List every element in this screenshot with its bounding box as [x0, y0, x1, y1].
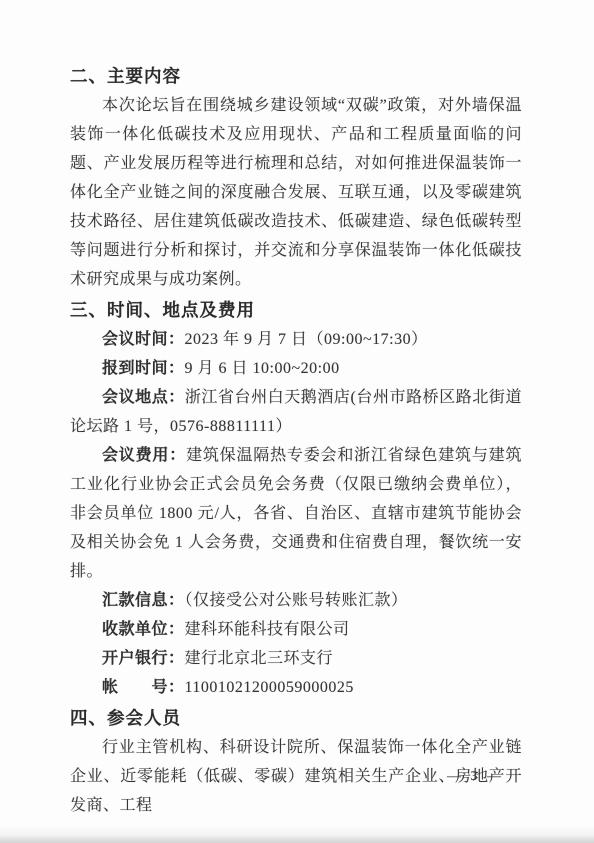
- remittance-info-value: （仅接受公对公账号转账汇款）: [185, 592, 408, 609]
- bank-value: 建行北京北三环支行: [185, 650, 334, 667]
- document-content: 二、主要内容 本次论坛旨在围绕城乡建设领域“双碳”政策，对外墙保温装饰一体化低碳…: [0, 0, 594, 820]
- remittance-info-label: 汇款信息：: [102, 592, 185, 609]
- payee-row: 收款单位：建科环能科技有限公司: [70, 615, 522, 644]
- heading-main-content: 二、主要内容: [70, 62, 522, 91]
- fee-value: 建筑保温隔热专委会和浙江省绿色建筑与建筑工业化行业协会正式会员免会务费（仅限已缴…: [70, 447, 522, 580]
- checkin-time-value: 9 月 6 日 10:00~20:00: [185, 360, 340, 377]
- fee-row: 会议费用：建筑保温隔热专委会和浙江省绿色建筑与建筑工业化行业协会正式会员免会务费…: [70, 441, 522, 586]
- heading-participants: 四、参会人员: [70, 704, 522, 733]
- venue-label: 会议地点：: [102, 389, 185, 406]
- payee-label: 收款单位：: [102, 621, 185, 638]
- page-number: — 3 —: [447, 769, 504, 785]
- venue-row: 会议地点：浙江省台州白天鹅酒店(台州市路桥区路北街道论坛路 1 号，0576-8…: [70, 383, 522, 441]
- checkin-time-row: 报到时间：9 月 6 日 10:00~20:00: [70, 354, 522, 383]
- bank-row: 开户银行：建行北京北三环支行: [70, 644, 522, 673]
- meeting-time-value: 2023 年 9 月 7 日（09:00~17:30）: [185, 331, 428, 348]
- fee-label: 会议费用：: [102, 447, 186, 464]
- account-number-label: 帐 号：: [102, 679, 185, 696]
- payee-value: 建科环能科技有限公司: [185, 621, 350, 638]
- meeting-time-row: 会议时间：2023 年 9 月 7 日（09:00~17:30）: [70, 325, 522, 354]
- checkin-time-label: 报到时间：: [102, 360, 185, 377]
- bank-label: 开户银行：: [102, 650, 185, 667]
- remittance-info-row: 汇款信息：（仅接受公对公账号转账汇款）: [70, 586, 522, 615]
- paragraph-forum-overview: 本次论坛旨在围绕城乡建设领域“双碳”政策，对外墙保温装饰一体化低碳技术及应用现状…: [70, 91, 522, 294]
- meeting-time-label: 会议时间：: [102, 331, 185, 348]
- document-page: 二、主要内容 本次论坛旨在围绕城乡建设领域“双碳”政策，对外墙保温装饰一体化低碳…: [0, 0, 594, 843]
- heading-time-location-fees: 三、时间、地点及费用: [70, 296, 522, 325]
- account-number-value: 11001021200059000025: [185, 679, 354, 696]
- account-number-row: 帐 号：11001021200059000025: [70, 673, 522, 702]
